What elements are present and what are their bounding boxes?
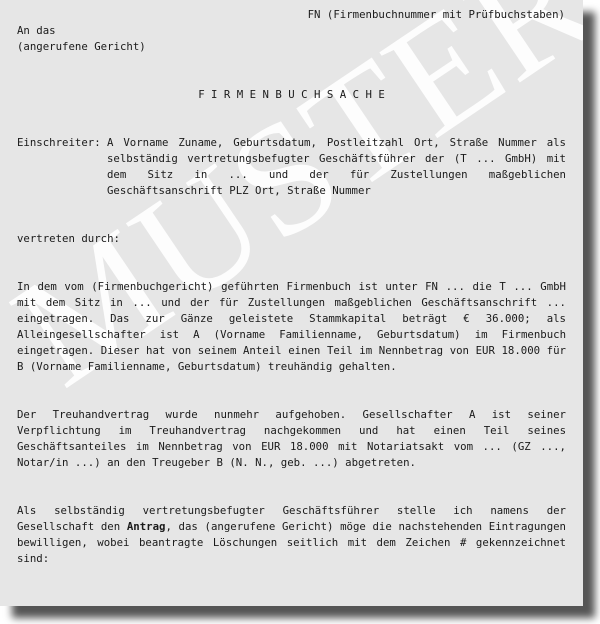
application-keyword: Antrag	[127, 520, 166, 533]
vertreten-durch: vertreten durch:	[17, 231, 566, 247]
paragraph-trust-agreement: Der Treuhandvertrag wurde nunmehr aufgeh…	[17, 407, 566, 471]
document-title: F I R M E N B U C H S A C H E	[0, 87, 583, 103]
einschreiter-text: A Vorname Zuname, Geburtsdatum, Postleit…	[107, 135, 566, 199]
paragraph-application: Als selbständig vertretungsbefugter Gesc…	[17, 503, 566, 567]
addressee: An das (angerufene Gericht)	[17, 23, 146, 55]
paragraph-shareholding: In dem vom (Firmenbuchgericht) geführten…	[17, 279, 566, 375]
addressee-line: An das	[17, 24, 56, 37]
document-page: MUSTER FN (Firmenbuchnummer mit Prüfbuch…	[0, 0, 583, 606]
einschreiter-label: Einschreiter:	[17, 135, 101, 151]
fn-header: FN (Firmenbuchnummer mit Prüfbuchstaben)	[308, 7, 565, 23]
addressee-line: (angerufene Gericht)	[17, 40, 146, 53]
